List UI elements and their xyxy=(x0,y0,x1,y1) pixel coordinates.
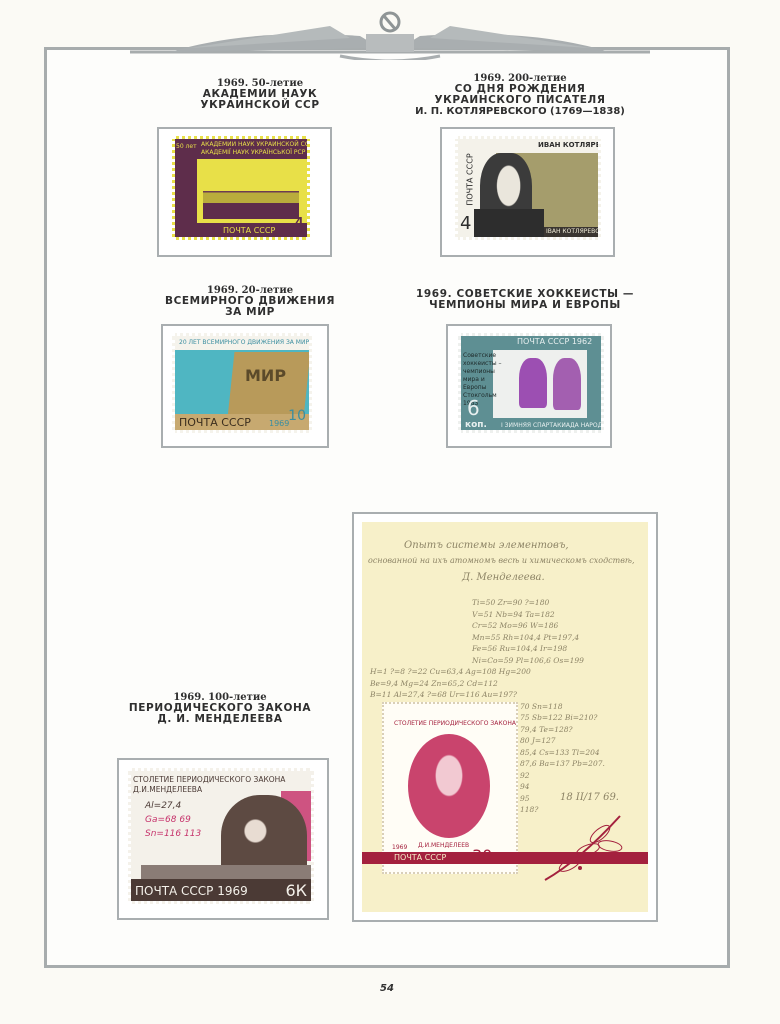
stamp-text: Д.И.МЕНДЕЛЕЕВА xyxy=(133,785,202,794)
manuscript-line: 70 Sn=118 xyxy=(520,702,563,711)
sheet-stamp-text: Д.И.МЕНДЕЛЕЕВ xyxy=(418,842,469,849)
hockey-player-illustration xyxy=(519,358,547,408)
stamp-text: АКАДЕМИИ НАУК УКРАИНСКОЙ ССР xyxy=(201,141,310,148)
building-illustration xyxy=(203,179,299,219)
stamp-text: ІВАН КОТЛЯРЕВСЬКИЙ xyxy=(546,228,601,235)
caption-title: Д. И. МЕНДЕЛЕЕВА xyxy=(120,714,320,725)
stamp-mendeleev[interactable]: СТОЛЕТИЕ ПЕРИОДИЧЕСКОГО ЗАКОНА Д.И.МЕНДЕ… xyxy=(128,768,314,904)
manuscript-header: Д. Менделеева. xyxy=(462,572,545,583)
manuscript-line: Ti=50 Zr=90 ?=180 xyxy=(472,598,549,607)
manuscript-date: 18 II/17 69. xyxy=(560,792,619,803)
stamp-formula: Ga=68 69 xyxy=(145,815,191,825)
page-number: 54 xyxy=(380,983,394,994)
caption-title: ЧЕМПИОНЫ МИРА И ЕВРОПЫ xyxy=(410,300,640,311)
manuscript-line: Be=9,4 Mg=24 Zn=65,2 Cd=112 xyxy=(370,679,498,688)
manuscript-line: Fe=56 Ru=104,4 Ir=198 xyxy=(472,644,567,653)
stamp-denomination: 10 xyxy=(288,408,306,424)
stamp-text: СТОЛЕТИЕ ПЕРИОДИЧЕСКОГО ЗАКОНА xyxy=(133,775,285,784)
stamp-formula: Sn=116 113 xyxy=(145,829,201,839)
stamp-text: ПОЧТА СССР xyxy=(223,226,275,235)
manuscript-line: 118? xyxy=(520,805,538,814)
sheet-stamp-text: ПОЧТА СССР xyxy=(394,853,446,862)
stamp-formula: Al=27,4 xyxy=(145,801,181,811)
entry-caption-3: 1969. 20-летие ВСЕМИРНОГО ДВИЖЕНИЯ ЗА МИ… xyxy=(150,285,350,318)
sheet-stamp-text: 1969 xyxy=(392,844,407,851)
stamp-denomination: 6К xyxy=(285,881,307,900)
stamp-denomination: 4 xyxy=(292,213,305,237)
manuscript-line: 94 xyxy=(520,782,530,791)
stamp-text: ИВАН КОТЛЯРЕВСКИЙ xyxy=(538,141,601,149)
entry-caption-2: 1969. 200-летие СО ДНЯ РОЖДЕНИЯ УКРАИНСК… xyxy=(405,73,635,117)
stamp-kotlyarevsky[interactable]: ИВАН КОТЛЯРЕВСКИЙ ІВАН КОТЛЯРЕВСЬКИЙ ПОЧ… xyxy=(455,136,601,240)
stamp-denomination-unit: коп. xyxy=(465,420,487,430)
entry-caption-5: 1969. 100-летие ПЕРИОДИЧЕСКОГО ЗАКОНА Д.… xyxy=(120,692,320,725)
stamp-denomination: 4 xyxy=(460,213,471,234)
stamp-denomination: 6 xyxy=(467,396,480,420)
manuscript-line: Cr=52 Mo=96 W=186 xyxy=(472,621,558,630)
stamp-text: 50 лет xyxy=(176,143,197,150)
manuscript-header: основанной на ихъ атомномъ весѣ и химиче… xyxy=(368,556,635,565)
manuscript-line: V=51 Nb=94 Ta=182 xyxy=(472,610,555,619)
stamp-text: ПОЧТА СССР xyxy=(466,153,475,205)
manuscript-line: 75 Sb=122 Bi=210? xyxy=(520,713,597,722)
stamp-text: АКАДЕМІЇ НАУК УКРАЇНСЬКОЇ РСР xyxy=(201,149,305,156)
stamp-text: ПОЧТА СССР 1962 xyxy=(517,337,592,346)
laurel-branch-icon xyxy=(540,810,630,890)
manuscript-header: Опытъ системы элементовъ, xyxy=(404,540,569,551)
mendeleev-portrait-illustration xyxy=(408,734,490,838)
stamp-hockey-champions[interactable]: ПОЧТА СССР 1962 Советские хоккеисты – че… xyxy=(458,333,604,433)
caption-title: УКРАИНСКОГО ПИСАТЕЛЯ xyxy=(405,95,635,106)
stamp-peace-movement[interactable]: 20 ЛЕТ ВСЕМИРНОГО ДВИЖЕНИЯ ЗА МИР МИР ПО… xyxy=(172,333,312,433)
stamp-text: 1969 xyxy=(269,419,289,428)
caption-title: УКРАИНСКОЙ ССР xyxy=(160,100,360,111)
stamp-text: МИР xyxy=(245,366,286,385)
manuscript-line: Mn=55 Rh=104,4 Pt=197,4 xyxy=(472,633,579,642)
manuscript-line: 79,4 Te=128? xyxy=(520,725,573,734)
manuscript-line: 95 xyxy=(520,794,530,803)
entry-caption-1: 1969. 50-летие АКАДЕМИИ НАУК УКРАИНСКОЙ … xyxy=(160,78,360,111)
manuscript-line: H=1 ?=8 ?=22 Cu=63,4 Ag=108 Hg=200 xyxy=(370,667,531,676)
caption-title: И. П. КОТЛЯРЕВСКОГО (1769—1838) xyxy=(405,106,635,117)
souvenir-sheet-mendeleev[interactable]: Опытъ системы элементовъ, основанной на … xyxy=(352,512,658,922)
sheet-stamp-denomination: 30 xyxy=(472,846,492,865)
manuscript-line: Ni=Co=59 Pl=106,6 Os=199 xyxy=(472,656,584,665)
hockey-player-illustration xyxy=(553,358,581,410)
sheet-stamp-text: СТОЛЕТИЕ ПЕРИОДИЧЕСКОГО ЗАКОНА xyxy=(394,720,516,727)
stamp-text: ПОЧТА СССР 1969 xyxy=(135,884,248,898)
stamp-text: ПОЧТА СССР xyxy=(179,416,251,429)
manuscript-line: 80 J=127 xyxy=(520,736,556,745)
entry-caption-4: 1969. СОВЕТСКИЕ ХОККЕИСТЫ — ЧЕМПИОНЫ МИР… xyxy=(410,289,640,311)
manuscript-line: B=11 Al=27,4 ?=68 Ur=116 Au=197? xyxy=(370,690,517,699)
manuscript-line: 85,4 Cs=133 Tl=204 xyxy=(520,748,600,757)
manuscript-line: 87,6 Ba=137 Pb=207. xyxy=(520,759,605,768)
caption-title: ЗА МИР xyxy=(150,307,350,318)
stamp-text: 20 ЛЕТ ВСЕМИРНОГО ДВИЖЕНИЯ ЗА МИР xyxy=(179,339,309,346)
stamp-academy-of-sciences[interactable]: АКАДЕМИИ НАУК УКРАИНСКОЙ ССР АКАДЕМІЇ НА… xyxy=(172,136,310,240)
manuscript-line: 92 xyxy=(520,771,530,780)
stamp-text: I ЗИМНЯЯ СПАРТАКИАДА НАРОДОВ СССР xyxy=(501,422,604,429)
hammer-sickle-ornament-icon xyxy=(130,8,650,60)
